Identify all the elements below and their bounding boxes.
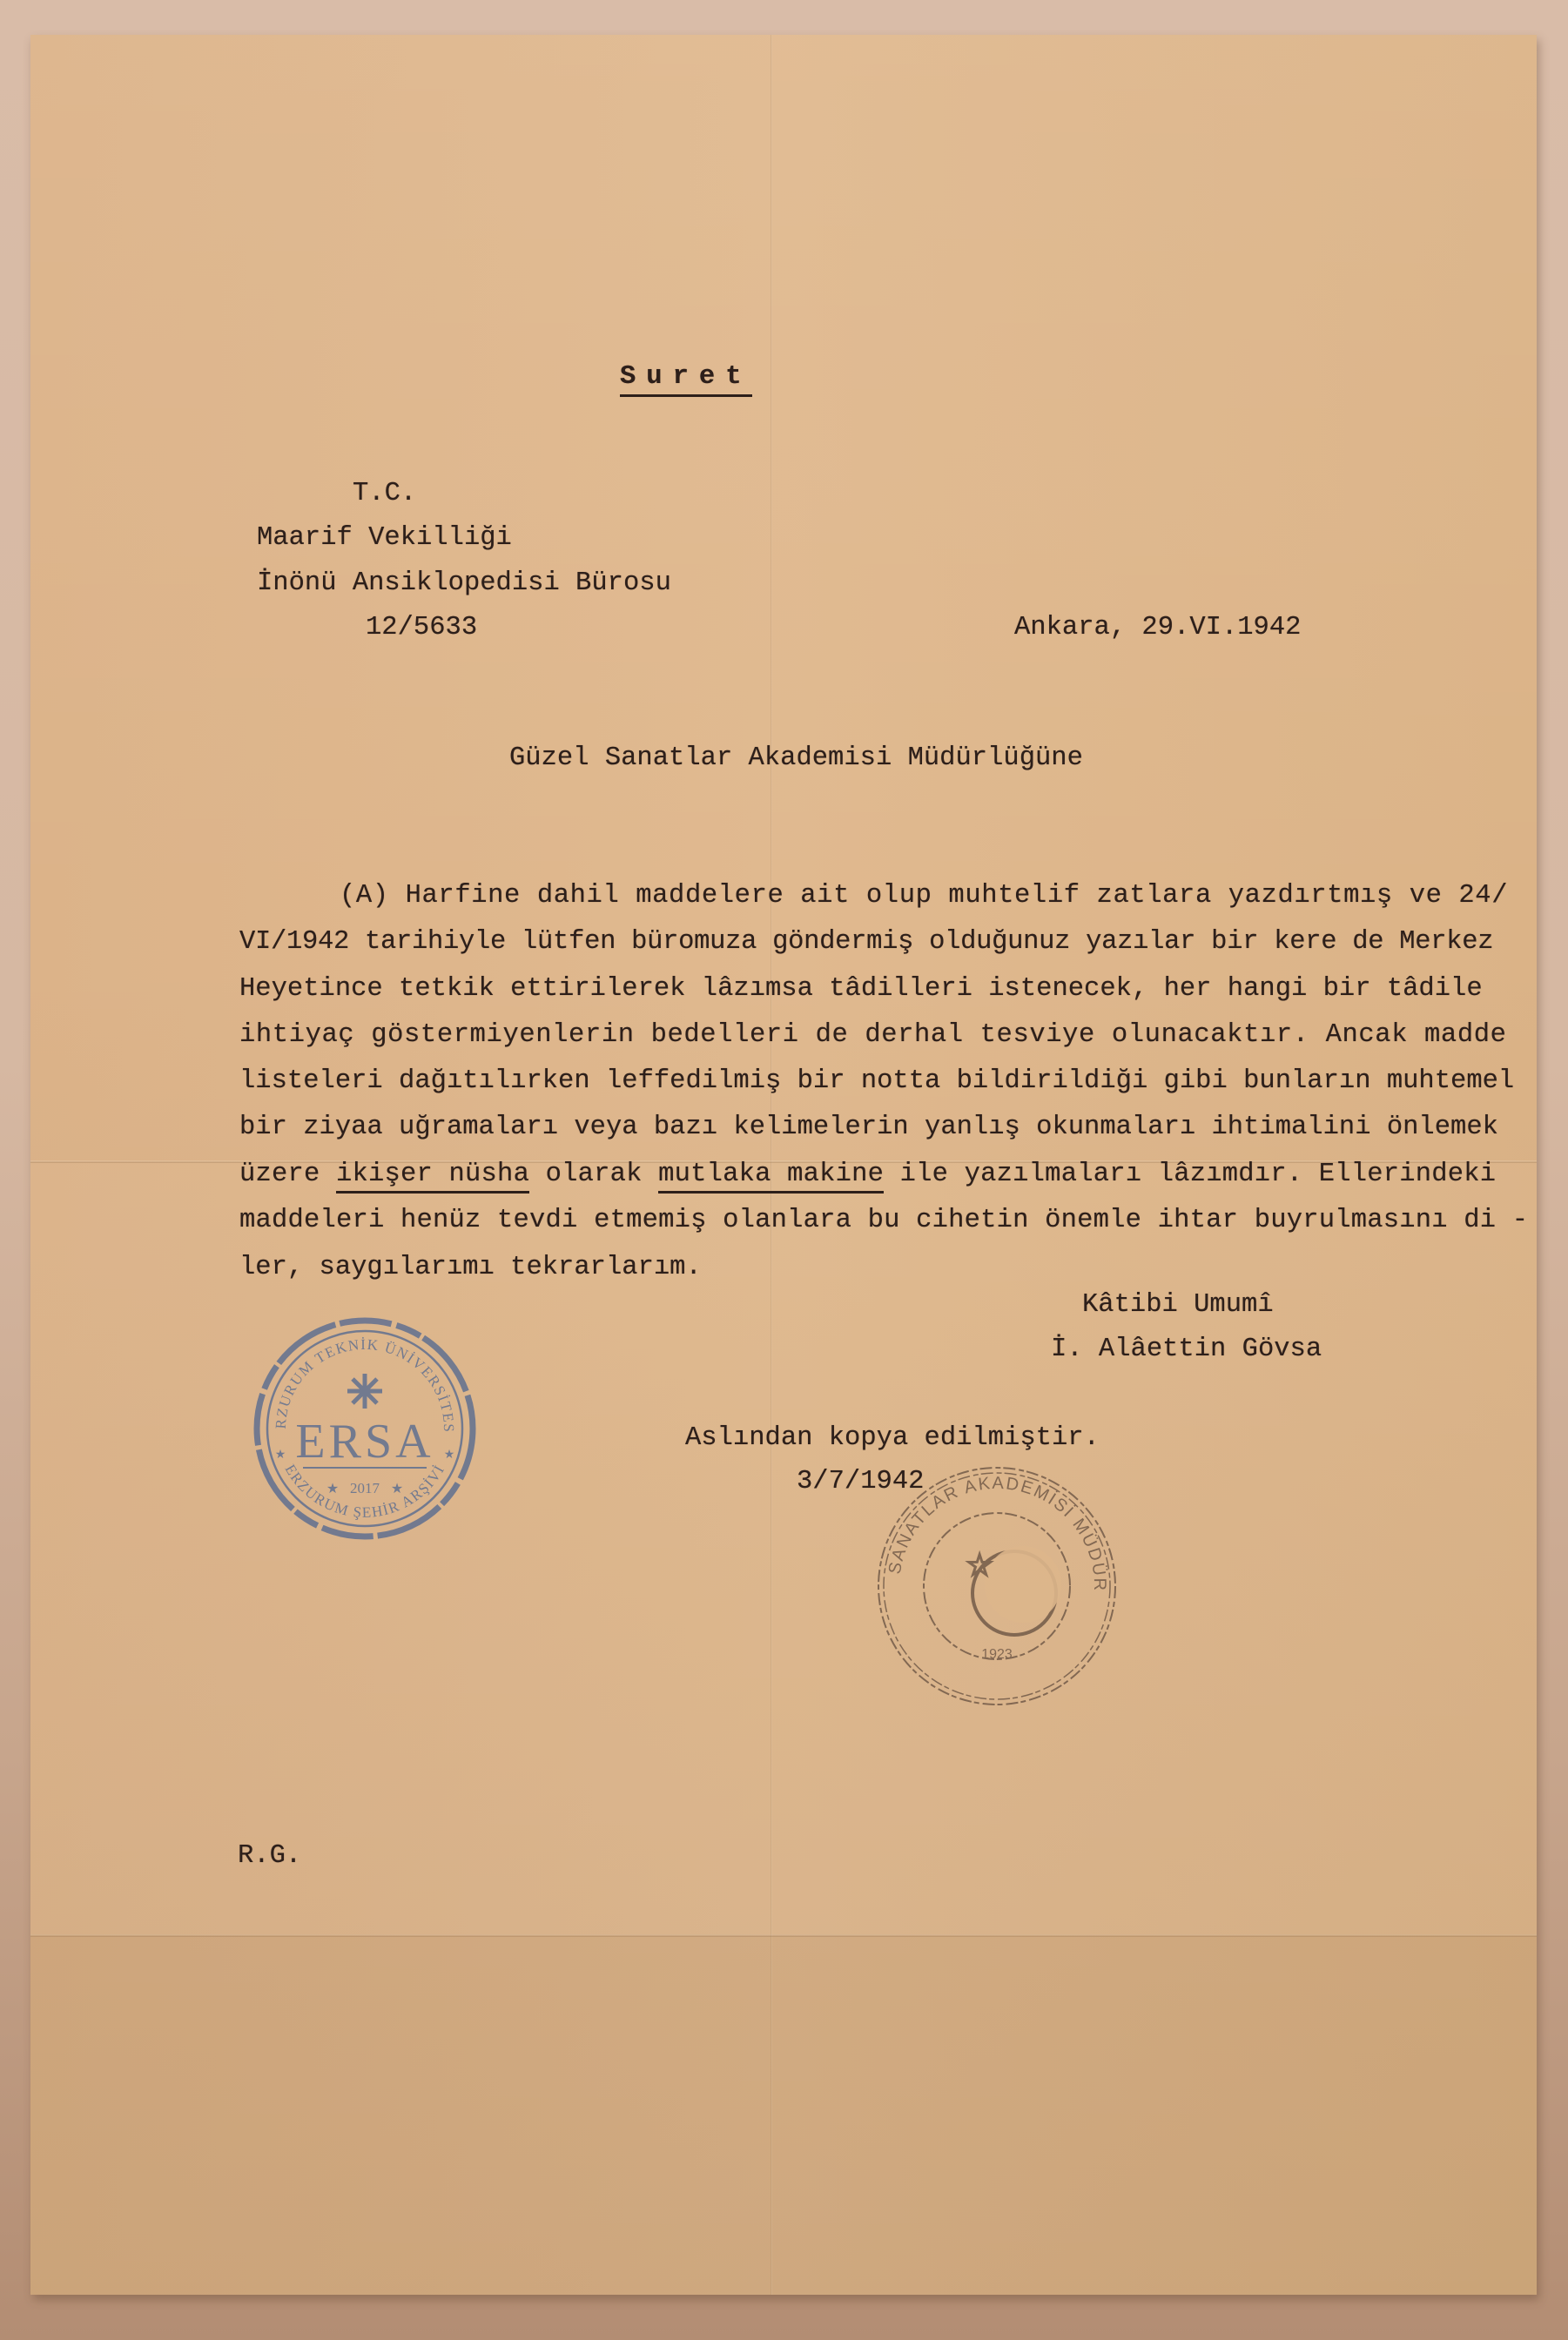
fold-line-horizontal-2 — [30, 1934, 1537, 1937]
place-date: Ankara, 29.VI.1942 — [1014, 615, 1301, 642]
star-icon: ★ — [444, 1449, 455, 1462]
body-line-7-start: üzere — [239, 1160, 336, 1189]
certification-text: Aslından kopya edilmiştir. — [685, 1425, 1100, 1452]
signature-role: Kâtibi Umumî — [1082, 1292, 1274, 1319]
reference-number: 12/5633 — [366, 615, 477, 642]
body-line-6: bir ziyaa uğramaları veya bazı kelimeler… — [239, 1114, 1498, 1141]
body-line-7-middle: olarak — [529, 1160, 658, 1189]
paper-shade-low — [30, 1934, 1537, 2295]
seal-year: 1923 — [981, 1647, 1013, 1662]
body-line-8: maddeleri henüz tevdi etmemiş olanlara b… — [239, 1207, 1528, 1234]
archive-stamp: ERZURUM TEKNİK ÜNİVERSİTESİ ERZURUM ŞEHİ… — [251, 1315, 479, 1543]
star-icon: ★ — [326, 1482, 339, 1496]
crescent-star-icon: ☆ — [966, 1546, 1061, 1635]
body-line-4: ihtiyaç göstermiyenlerin bedelleri de de… — [239, 1022, 1507, 1049]
typist-initials: R.G. — [238, 1843, 301, 1870]
signature-name: İ. Alâettin Gövsa — [1051, 1336, 1322, 1363]
star-icon: ★ — [391, 1482, 403, 1496]
body-line-3: Heyetince tetkik ettirilerek lâzımsa tâd… — [239, 976, 1483, 1003]
snowflake-icon — [347, 1374, 382, 1409]
svg-text:☆: ☆ — [966, 1548, 993, 1584]
archive-stamp-center-text: ERSA — [295, 1415, 434, 1469]
header-ministry: Maarif Vekilliği — [257, 525, 512, 552]
body-line-5: listeleri dağıtılırken leffedilmiş bir n… — [239, 1068, 1514, 1095]
document-title: Suret — [620, 364, 752, 397]
underlined-two-copies: ikişer nüsha — [336, 1160, 529, 1194]
institution-seal: GÜZEL SANATLAR AKADEMİSİ MÜDÜRLÜĞÜ 1923 … — [873, 1462, 1121, 1711]
body-line-7-end: ile yazılmaları lâzımdır. Ellerindeki — [884, 1160, 1496, 1189]
body-line-7: üzere ikişer nüsha olarak mutlaka makine… — [239, 1161, 1496, 1188]
body-line-2: VI/1942 tarihiyle lütfen büromuza gönder… — [239, 929, 1493, 956]
star-icon: ★ — [275, 1449, 286, 1462]
underlined-by-typewriter: mutlaka makine — [658, 1160, 884, 1194]
body-line-1: (A) Harfine dahil maddelere ait olup muh… — [340, 883, 1508, 910]
recipient: Güzel Sanatlar Akademisi Müdürlüğüne — [509, 745, 1083, 772]
header-state: T.C. — [353, 481, 416, 508]
archive-stamp-year: 2017 — [350, 1480, 380, 1496]
body-line-9: ler, saygılarımı tekrarlarım. — [239, 1254, 702, 1281]
header-office: İnönü Ansiklopedisi Bürosu — [257, 570, 671, 597]
